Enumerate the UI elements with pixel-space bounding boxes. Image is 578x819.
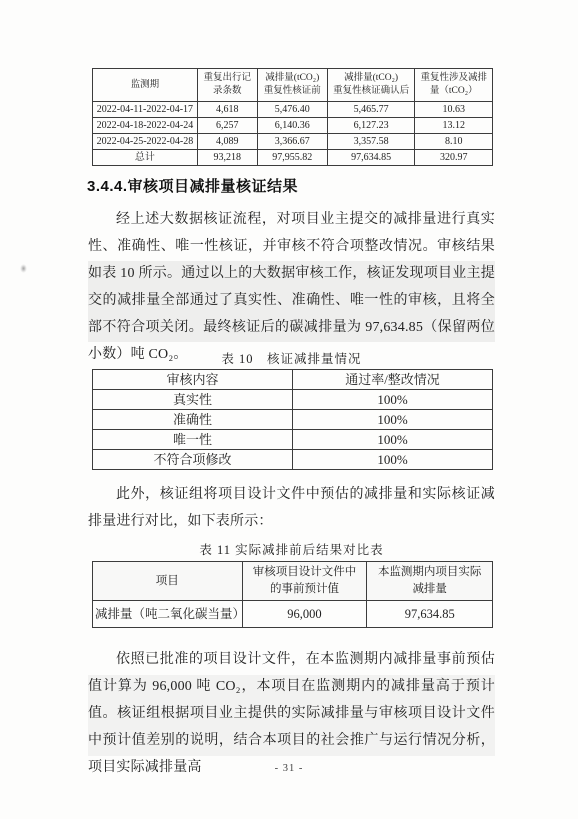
cell-period: 2022-04-11-2022-04-17 xyxy=(93,102,198,118)
column-header: 通过率/整改情况 xyxy=(293,370,493,390)
column-header: 审核项目设计文件中 的事前预计值 xyxy=(242,562,367,601)
table-header-row: 审核内容 通过率/整改情况 xyxy=(93,370,493,390)
cell-check-item: 唯一性 xyxy=(93,430,293,450)
table11-caption: 表 11 实际减排前后结果对比表 xyxy=(88,540,495,558)
column-header: 审核内容 xyxy=(93,370,293,390)
cell-total-label: 总计 xyxy=(93,150,198,166)
cell-before: 6,140.36 xyxy=(257,118,327,134)
cell-before: 97,955.82 xyxy=(257,150,327,166)
cell-delta: 13.12 xyxy=(415,118,493,134)
body-paragraph-3: 依照已批准的项目设计文件，在本监测期内减排量事前预估值计算为 96,000 吨 … xyxy=(88,646,495,756)
cell-before: 3,366.67 xyxy=(257,134,327,150)
scanned-document-page: 监测期 重复出行记 录条数 减排量(tCO₂) 重复性核证前 减排量(tCO₂)… xyxy=(0,0,578,819)
cell-before: 5,476.40 xyxy=(257,102,327,118)
cell-after: 5,465.77 xyxy=(327,102,415,118)
cell-delta: 10.63 xyxy=(415,102,493,118)
table-total-row: 总计 93,218 97,955.82 97,634.85 320.97 xyxy=(93,150,493,166)
table-row: 不符合项修改 100% xyxy=(93,450,493,470)
column-header: 减排量(tCO₂) 重复性核证前 xyxy=(257,69,327,102)
table-row: 唯一性 100% xyxy=(93,430,493,450)
cell-records: 4,618 xyxy=(197,102,257,118)
cell-after: 3,357.58 xyxy=(327,134,415,150)
cell-pass-rate: 100% xyxy=(293,410,493,430)
cell-records: 4,089 xyxy=(197,134,257,150)
cell-period: 2022-04-18-2022-04-24 xyxy=(93,118,198,134)
cell-pass-rate: 100% xyxy=(293,430,493,450)
cell-after: 97,634.85 xyxy=(327,150,415,166)
table-header-row: 项目 审核项目设计文件中 的事前预计值 本监测期内项目实际 减排量 xyxy=(93,562,493,601)
cell-check-item: 不符合项修改 xyxy=(93,450,293,470)
estimate-vs-actual-table: 项目 审核项目设计文件中 的事前预计值 本监测期内项目实际 减排量 减排量（吨二… xyxy=(92,561,493,628)
column-header: 监测期 xyxy=(93,69,198,102)
column-header: 重复性涉及减排 量（tCO₂） xyxy=(415,69,493,102)
body-paragraph-1: 经上述大数据核证流程，对项目业主提交的减排量进行真实性、准确性、唯一性核证，并审… xyxy=(88,206,495,342)
table-header-row: 监测期 重复出行记 录条数 减排量(tCO₂) 重复性核证前 减排量(tCO₂)… xyxy=(93,69,493,102)
verification-result-table: 审核内容 通过率/整改情况 真实性 100% 准确性 100% 唯一性 100%… xyxy=(92,369,493,470)
page-number: - 31 - xyxy=(0,763,578,774)
cell-estimated-value: 96,000 xyxy=(242,601,367,628)
column-header: 项目 xyxy=(93,562,243,601)
table-row: 真实性 100% xyxy=(93,390,493,410)
table-row: 准确性 100% xyxy=(93,410,493,430)
cell-delta: 8.10 xyxy=(415,134,493,150)
cell-pass-rate: 100% xyxy=(293,390,493,410)
cell-actual-value: 97,634.85 xyxy=(367,601,493,628)
cell-records: 93,218 xyxy=(197,150,257,166)
column-header: 减排量(tCO₂) 重复性核证确认后 xyxy=(327,69,415,102)
cell-pass-rate: 100% xyxy=(293,450,493,470)
cell-period: 2022-04-25-2022-04-28 xyxy=(93,134,198,150)
column-header: 本监测期内项目实际 减排量 xyxy=(367,562,493,601)
scan-artifact-speck xyxy=(20,264,27,273)
table10-caption: 表 10 核证减排量情况 xyxy=(88,349,495,367)
cell-item-label: 减排量（吨二氧化碳当量） xyxy=(93,601,243,628)
cell-delta: 320.97 xyxy=(415,150,493,166)
cell-after: 6,127.23 xyxy=(327,118,415,134)
table-row: 2022-04-25-2022-04-28 4,089 3,366.67 3,3… xyxy=(93,134,493,150)
column-header: 重复出行记 录条数 xyxy=(197,69,257,102)
cell-records: 6,257 xyxy=(197,118,257,134)
table-row: 2022-04-11-2022-04-17 4,618 5,476.40 5,4… xyxy=(93,102,493,118)
cell-check-item: 真实性 xyxy=(93,390,293,410)
body-paragraph-2: 此外，核证组将项目设计文件中预估的减排量和实际核证减排量进行对比，如下表所示： xyxy=(88,481,495,537)
duplicate-trip-verification-table: 监测期 重复出行记 录条数 减排量(tCO₂) 重复性核证前 减排量(tCO₂)… xyxy=(92,68,493,166)
table-row: 减排量（吨二氧化碳当量） 96,000 97,634.85 xyxy=(93,601,493,628)
section-heading: 3.4.4.审核项目减排量核证结果 xyxy=(87,175,507,196)
cell-check-item: 准确性 xyxy=(93,410,293,430)
table-row: 2022-04-18-2022-04-24 6,257 6,140.36 6,1… xyxy=(93,118,493,134)
